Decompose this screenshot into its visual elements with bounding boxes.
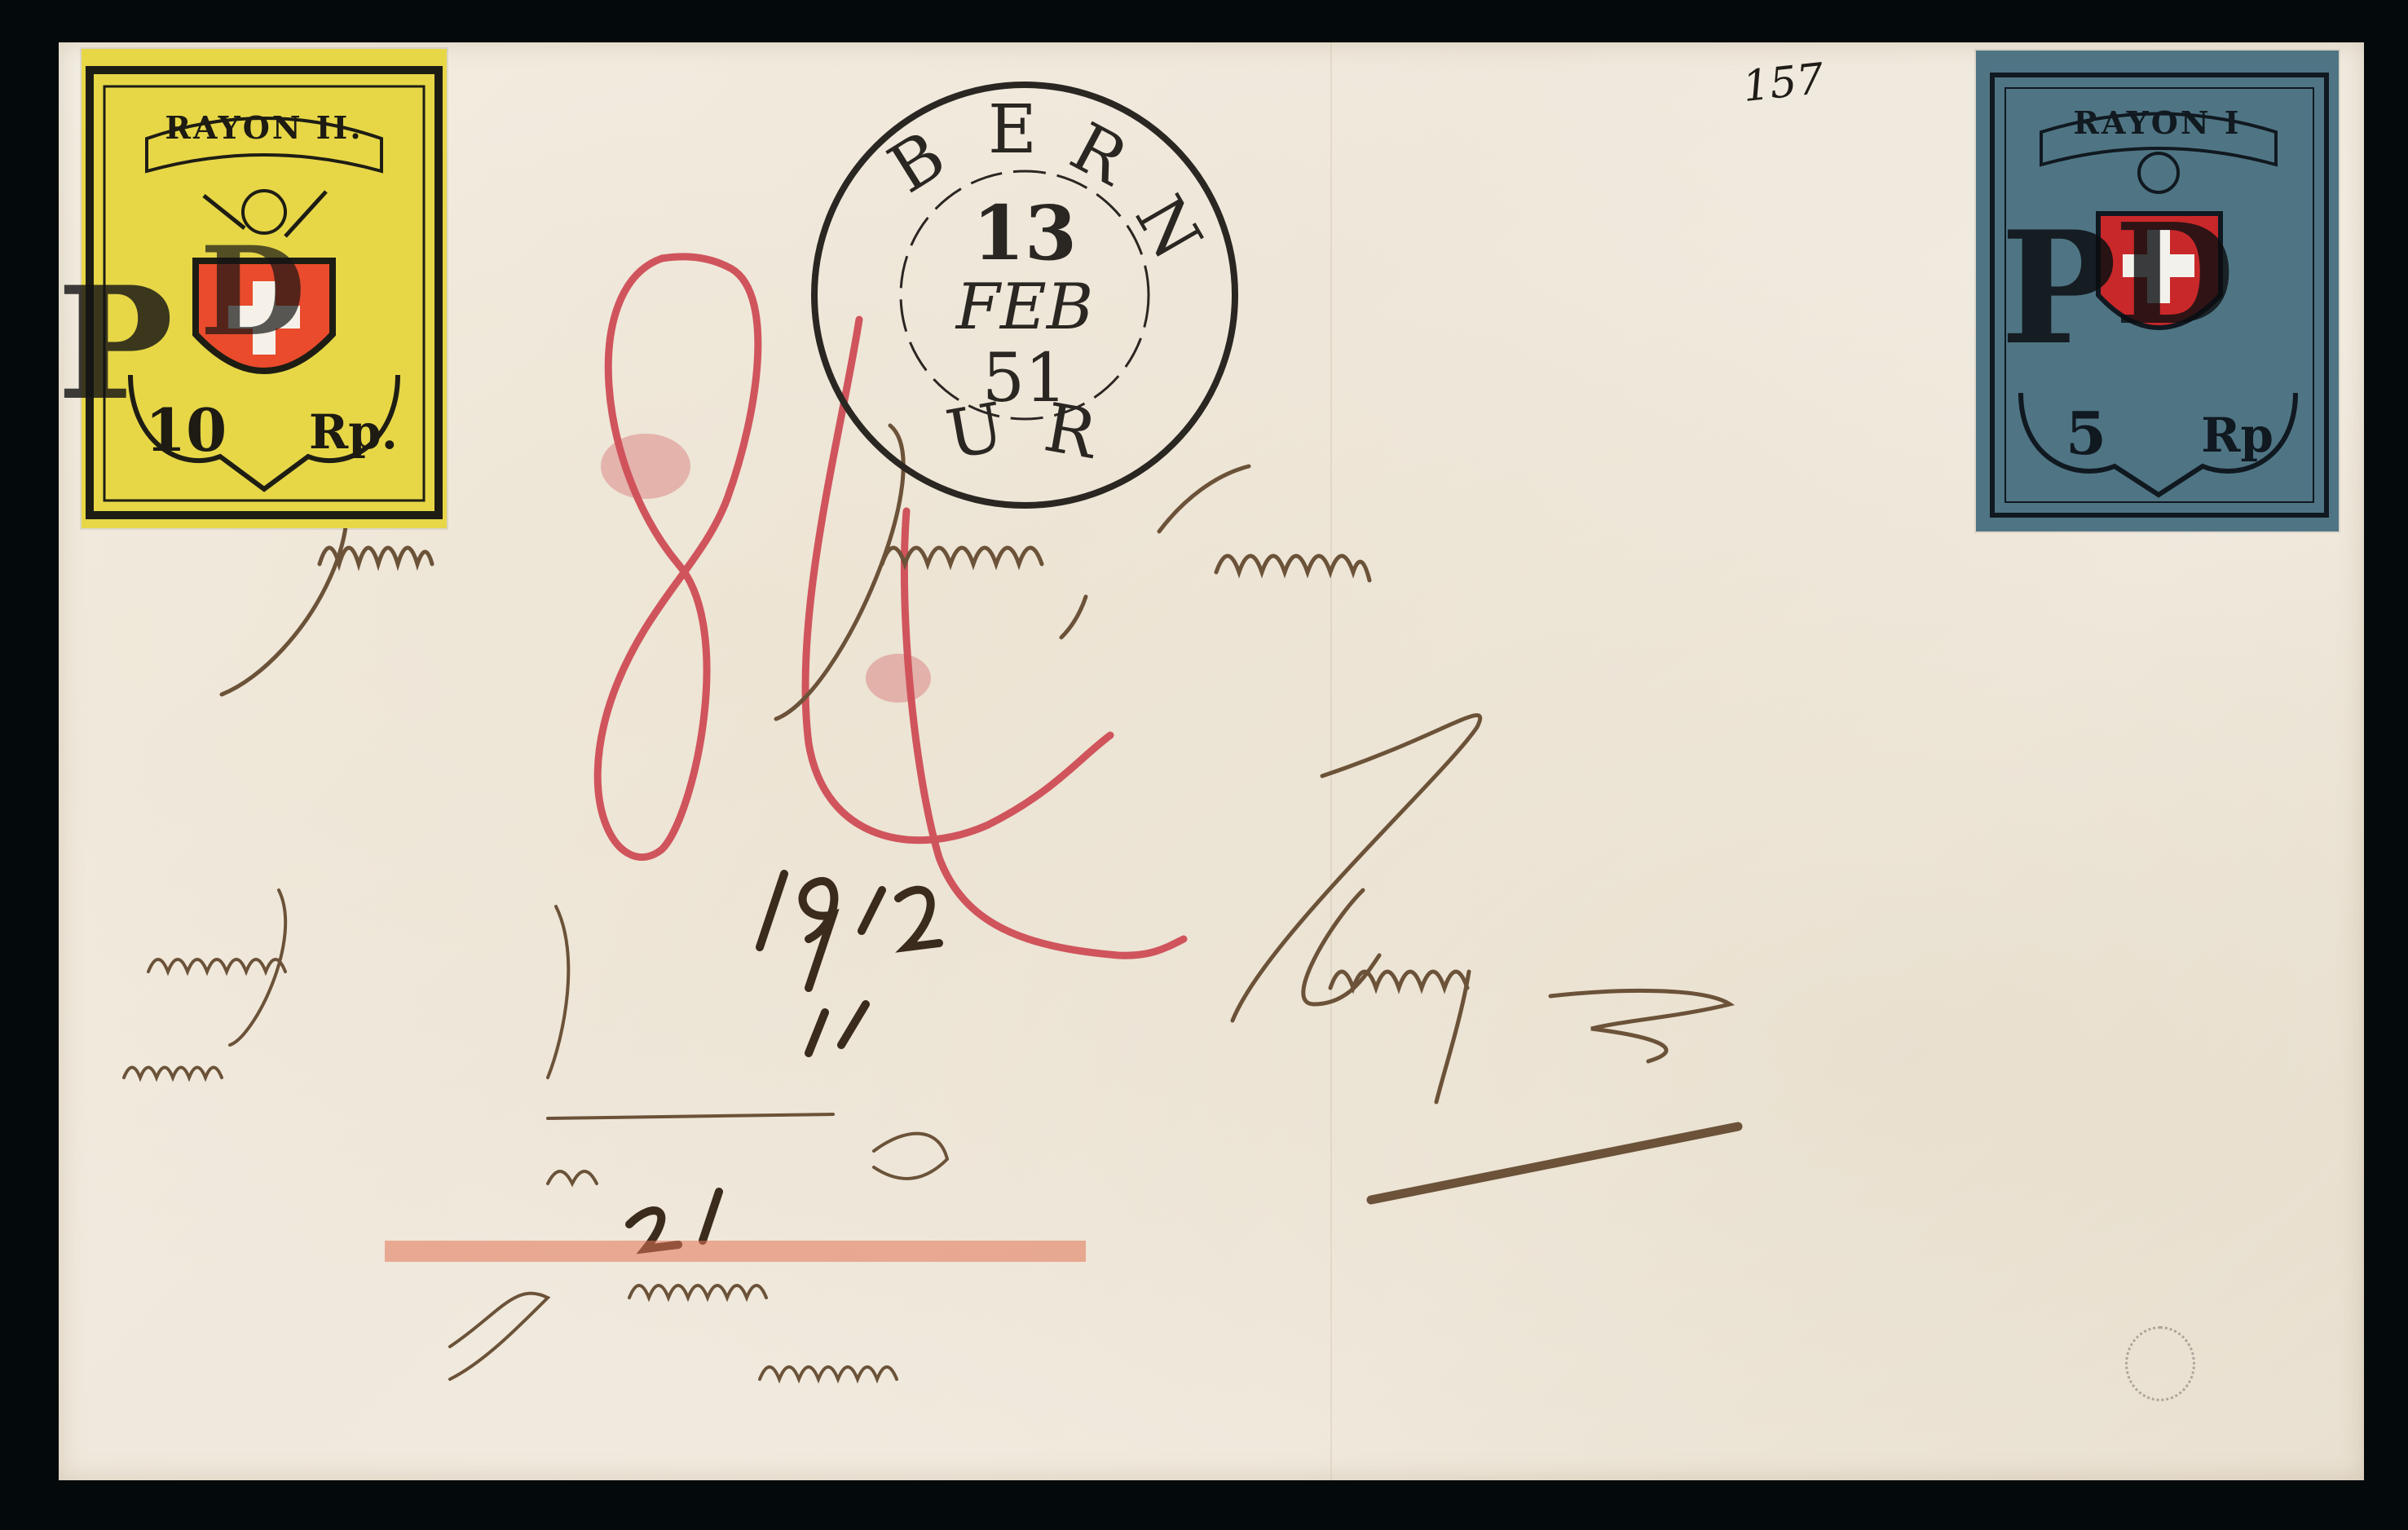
pd-cancel-mark: D bbox=[2115, 193, 2234, 356]
postmark-month: FEB bbox=[796, 271, 1253, 344]
stamp-value: 5 bbox=[2066, 399, 2106, 468]
numeral-notation-1912 bbox=[629, 874, 939, 1249]
pd-cancel-mark: D bbox=[200, 220, 306, 364]
lower-left-notations bbox=[124, 890, 947, 1379]
pd-cancel-mark: P bbox=[57, 253, 174, 434]
postmark-year: 51 bbox=[796, 340, 1253, 417]
postmark-town-letter: E bbox=[988, 91, 1037, 169]
red-crayon-line bbox=[385, 1241, 1086, 1262]
bern-postmark: B E R N U R 13 FEB 51 bbox=[796, 67, 1253, 523]
postmark-day: 13 bbox=[796, 189, 1253, 277]
corner-number: 157 bbox=[1740, 55, 1826, 112]
stamp-inscription: RAYON II. bbox=[82, 109, 447, 146]
stamp-unit: Rp. bbox=[309, 404, 398, 460]
underline-flourish bbox=[1371, 1127, 1738, 1200]
postal-cover: RAYON II. 10 Rp. P D RAYON I 5 Rp P D B … bbox=[59, 42, 2364, 1480]
stamp-unit: Rp bbox=[2201, 408, 2273, 463]
address-line-2 bbox=[1233, 715, 1730, 1102]
pd-cancel-mark: P bbox=[2000, 197, 2117, 379]
stamp-inscription: RAYON I bbox=[1976, 104, 2339, 141]
faint-handstamp bbox=[2125, 1326, 2195, 1401]
stamp-rayon-i: RAYON I 5 Rp P D bbox=[1976, 51, 2339, 531]
paper-fold bbox=[1330, 42, 1332, 1480]
stamp-rayon-ii: RAYON II. 10 Rp. P D bbox=[82, 49, 447, 528]
